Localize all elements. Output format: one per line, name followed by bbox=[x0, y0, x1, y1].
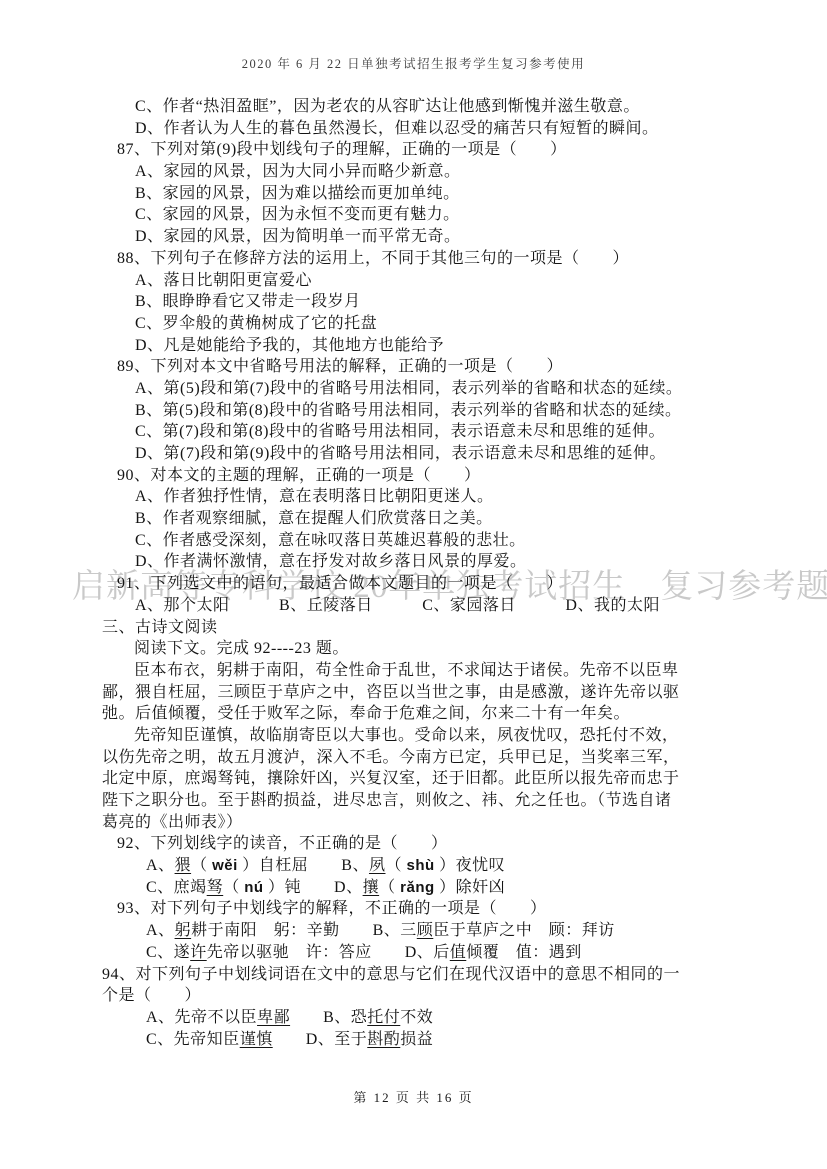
text-line: 陛下之职分也。至于斟酌损益，进尽忠言，则攸之、祎、允之任也。（节选自诸 bbox=[102, 790, 782, 812]
underlined-text: 谨慎 bbox=[240, 1031, 273, 1048]
text-line: D、作者认为人生的暮色虽然漫长，但难以忍受的痛苦只有短暂的瞬间。 bbox=[102, 118, 782, 140]
text-segment: ）除奸凶 bbox=[435, 879, 506, 896]
text-line: 阅读下文。完成 92----23 题。 bbox=[102, 638, 782, 660]
text-segment: ）夜忧叹 bbox=[435, 857, 506, 874]
text-line: A、先帝不以臣卑鄙 B、恐托付不效 bbox=[102, 1007, 782, 1029]
page-footer: 第 12 页 共 16 页 bbox=[0, 1087, 827, 1106]
pinyin-text: nú bbox=[244, 879, 263, 896]
text-line: B、第(5)段和第(8)段中的省略号用法相同，表示列举的省略和状态的延续。 bbox=[102, 400, 782, 422]
text-line: D、第(7)段和第(9)段中的省略号用法相同，表示语意未尽和思维的延伸。 bbox=[102, 443, 782, 465]
text-line: C、遂许先帝以驱驰 许：答应 D、后值倾覆 值：遇到 bbox=[102, 942, 782, 964]
text-line: 89、下列对本文中省略号用法的解释，正确的一项是（ ） bbox=[102, 356, 782, 378]
text-line: 北定中原，庶竭驽钝，攘除奸凶，兴复汉室，还于旧都。此臣所以报先帝而忠于 bbox=[102, 768, 782, 790]
text-segment: C、遂 bbox=[146, 944, 190, 961]
text-line: A、第(5)段和第(7)段中的省略号用法相同，表示列举的省略和状态的延续。 bbox=[102, 378, 782, 400]
text-segment: 先帝以驱驰 许：答应 D、后 bbox=[207, 944, 450, 961]
underlined-text: 斟酌 bbox=[367, 1031, 400, 1048]
text-segment: A、先帝不以臣 bbox=[146, 1009, 257, 1026]
underlined-text: 卑鄙 bbox=[257, 1009, 290, 1026]
text-line: 92、下列划线字的读音，不正确的是（ ） bbox=[102, 833, 782, 855]
text-segment: （ bbox=[379, 879, 400, 896]
text-line: A、猥（ wěi ）自枉屈 B、夙（ shù ）夜忧叹 bbox=[102, 855, 782, 877]
text-line: 90、对本文的主题的理解，正确的一项是（ ） bbox=[102, 465, 782, 487]
text-segment: （ bbox=[191, 857, 212, 874]
text-line: 以伤先帝之明，故五月渡泸，深入不毛。今南方已定，兵甲已足，当奖率三军， bbox=[102, 747, 782, 769]
text-line: C、作者感受深刻，意在咏叹落日英雄迟暮般的悲壮。 bbox=[102, 530, 782, 552]
text-line: C、庶竭驽（ nú ）钝 D、攘（ rǎng ）除奸凶 bbox=[102, 877, 782, 899]
text-segment: （ bbox=[223, 879, 244, 896]
text-segment: ）钝 D、 bbox=[264, 879, 363, 896]
text-segment: D、至于 bbox=[273, 1031, 368, 1048]
text-line: 个是（ ） bbox=[102, 985, 782, 1007]
text-segment: 耕于南阳 躬：辛勤 B、三 bbox=[191, 922, 417, 939]
underlined-text: 值 bbox=[450, 944, 467, 961]
pinyin-text: shù bbox=[407, 857, 435, 874]
page-header: 2020 年 6 月 22 日单独考试招生报考学生复习参考使用 bbox=[0, 54, 827, 72]
underlined-text: 许 bbox=[190, 944, 207, 961]
text-line: C、家园的风景，因为永恒不变而更有魅力。 bbox=[102, 204, 782, 226]
underlined-text: 攘 bbox=[363, 879, 380, 896]
text-line: B、眼睁睁看它又带走一段岁月 bbox=[102, 291, 782, 313]
text-line: 93、对下列句子中划线字的解释，不正确的一项是（ ） bbox=[102, 898, 782, 920]
underlined-text: 顾 bbox=[417, 922, 434, 939]
text-line: D、凡是她能给予我的，其他地方也能给予 bbox=[102, 335, 782, 357]
text-segment: 倾覆 值：遇到 bbox=[466, 944, 582, 961]
text-line: C、第(7)段和第(8)段中的省略号用法相同，表示语意未尽和思维的延伸。 bbox=[102, 421, 782, 443]
text-segment: C、庶竭 bbox=[146, 879, 207, 896]
text-line: 葛亮的《出师表》） bbox=[102, 812, 782, 834]
text-line: B、家园的风景，因为难以描绘而更加单纯。 bbox=[102, 183, 782, 205]
text-segment: 不效 bbox=[400, 1009, 433, 1026]
text-line: A、作者独抒性情，意在表明落日比朝阳更迷人。 bbox=[102, 486, 782, 508]
text-segment: A、 bbox=[146, 857, 175, 874]
text-line: 臣本布衣，躬耕于南阳，苟全性命于乱世，不求闻达于诸侯。先帝不以臣卑 bbox=[102, 660, 782, 682]
pinyin-text: rǎng bbox=[400, 879, 435, 896]
underlined-text: 驽 bbox=[207, 879, 224, 896]
text-segment: 损益 bbox=[400, 1031, 433, 1048]
document-body: C、作者“热泪盈眶”，因为老农的从容旷达让他感到惭愧并滋生敬意。D、作者认为人生… bbox=[102, 96, 782, 1050]
underlined-text: 躬 bbox=[175, 922, 192, 939]
text-line: 三、古诗文阅读 bbox=[102, 617, 782, 639]
text-line: 先帝知臣谨慎，故临崩寄臣以大事也。受命以来，夙夜忧叹，恐托付不效， bbox=[102, 725, 782, 747]
underlined-text: 托付 bbox=[367, 1009, 400, 1026]
text-line: C、罗伞般的黄桷树成了它的托盘 bbox=[102, 313, 782, 335]
underlined-text: 猥 bbox=[175, 857, 192, 874]
text-segment: ）自枉屈 B、 bbox=[238, 857, 369, 874]
text-line: 鄙，猥自枉屈，三顾臣于草庐之中，咨臣以当世之事，由是感激，遂许先帝以驱 bbox=[102, 682, 782, 704]
text-line: A、躬耕于南阳 躬：辛勤 B、三顾臣于草庐之中 顾：拜访 bbox=[102, 920, 782, 942]
text-line: 94、对下列句子中划线词语在文中的意思与它们在现代汉语中的意思不相同的一 bbox=[102, 964, 782, 986]
text-line: A、落日比朝阳更富爱心 bbox=[102, 270, 782, 292]
text-line: D、作者满怀激情，意在抒发对故乡落日风景的厚爱。 bbox=[102, 551, 782, 573]
underlined-text: 夙 bbox=[369, 857, 386, 874]
text-line: 87、下列对第(9)段中划线句子的理解，正确的一项是（ ） bbox=[102, 139, 782, 161]
pinyin-text: wěi bbox=[212, 857, 238, 874]
text-line: 弛。后值倾覆，受任于败军之际，奉命于危难之间，尔来二十有一年矣。 bbox=[102, 703, 782, 725]
text-segment: （ bbox=[385, 857, 406, 874]
text-segment: C、先帝知臣 bbox=[146, 1031, 240, 1048]
text-segment: B、恐 bbox=[290, 1009, 367, 1026]
text-line: 88、下列句子在修辞方法的运用上，不同于其他三句的一项是（ ） bbox=[102, 248, 782, 270]
text-line: A、那个太阳 B、丘陵落日 C、家园落日 D、我的太阳 bbox=[102, 595, 782, 617]
text-line: C、先帝知臣谨慎 D、至于斟酌损益 bbox=[102, 1029, 782, 1051]
text-line: C、作者“热泪盈眶”，因为老农的从容旷达让他感到惭愧并滋生敬意。 bbox=[102, 96, 782, 118]
text-segment: A、 bbox=[146, 922, 175, 939]
text-line: 91、下列选文中的语句，最适合做本文题目的一项是（ ） bbox=[102, 573, 782, 595]
text-segment: 臣于草庐之中 顾：拜访 bbox=[433, 922, 615, 939]
text-line: D、家园的风景，因为简明单一而平常无奇。 bbox=[102, 226, 782, 248]
text-line: B、作者观察细腻，意在提醒人们欣赏落日之美。 bbox=[102, 508, 782, 530]
text-line: A、家园的风景，因为大同小异而略少新意。 bbox=[102, 161, 782, 183]
